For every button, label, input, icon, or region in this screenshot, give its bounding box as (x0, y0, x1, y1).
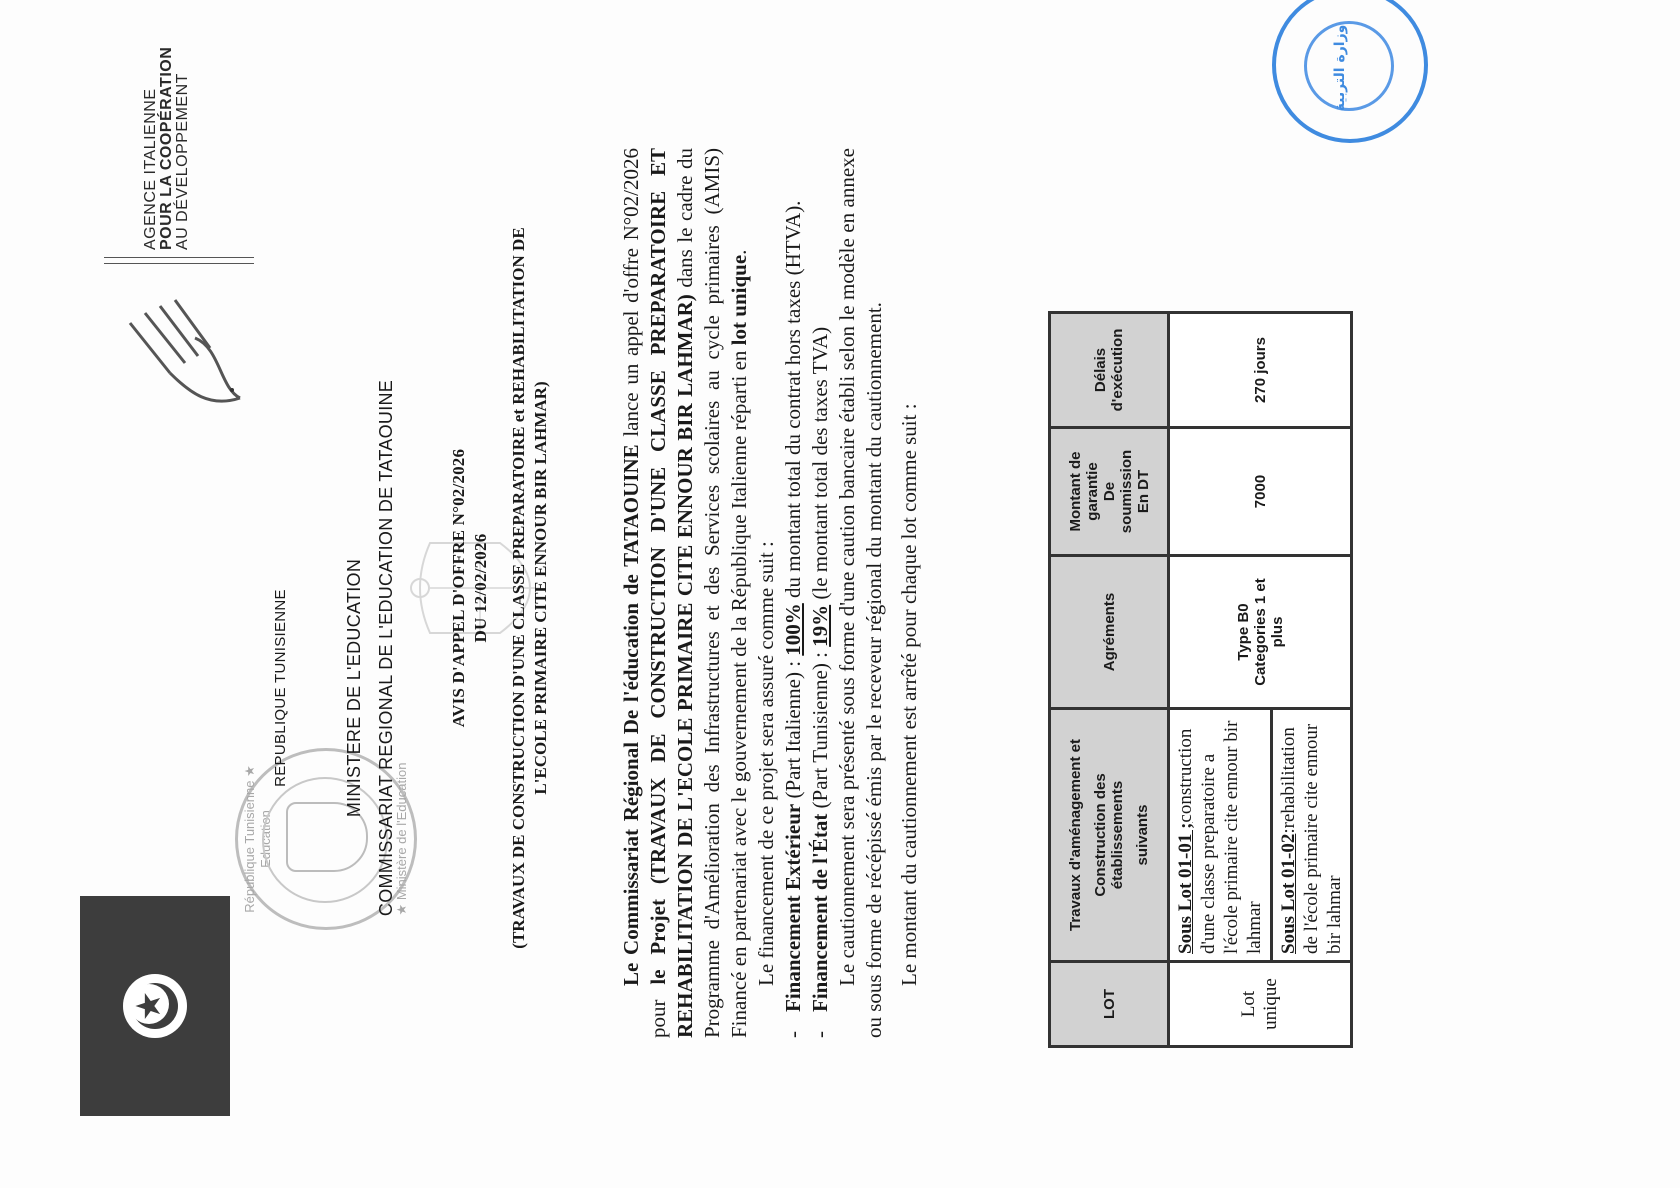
agency-line-2: POUR LA COOPÉRATION (160, 47, 174, 250)
tender-date: DU 12/02/2026 (470, 348, 492, 828)
financing-state: -Financement de l'État (Part Tunisienne)… (807, 148, 834, 1038)
cell-agrements: Type B0 Categories 1 et plus (1169, 556, 1352, 709)
project-title: (TRAVAUX DE CONSTRUCTION D'UNE CLASSE PR… (508, 188, 552, 988)
agency-line-3: AU DÉVELOPPEMENT (176, 73, 190, 250)
lots-table: LOT Travaux d'aménagement et Constructio… (1048, 311, 1353, 1048)
cell-works: Sous Lot 01-01 ;construction d'une class… (1169, 709, 1352, 962)
financing-external: -Financement Extérieur (Part Italienne) … (780, 148, 807, 1038)
tender-number: AVIS D'APPEL D'OFFRE N°02/2026 (448, 348, 470, 828)
sub-lot-01-02: Sous Lot 01-02:rehabilitation de l'école… (1270, 710, 1350, 960)
official-stamp-icon: وزارة التربية (1272, 0, 1422, 143)
ministry-heading: MINISTERE DE L'EDUCATION (344, 488, 365, 888)
cell-delais: 270 jours (1169, 313, 1352, 428)
tunisian-flag-icon: ★ (80, 896, 230, 1116)
notice-body: Le Commissariat Régional De l'éducation … (618, 148, 923, 1038)
header-delais: Délais d'exécution (1050, 313, 1169, 428)
financing-intro: Le financement de ce projet sera assuré … (753, 148, 780, 1038)
header-works: Travaux d'aménagement et Construction de… (1050, 709, 1169, 962)
republic-heading: REPUBLIQUE TUNISIENNE (272, 508, 289, 868)
agency-line-1: AGENCE ITALIENNE (144, 88, 158, 250)
dove-icon (100, 288, 250, 418)
header-lot: LOT (1050, 962, 1169, 1047)
cell-montant: 7000 (1169, 428, 1352, 556)
intro-paragraph: Le Commissariat Régional De l'éducation … (618, 148, 753, 1038)
caution-paragraph: Le cautionnement sera présenté sous form… (834, 148, 888, 1038)
document-page: ★ République Tunisienne ★ Education ★ Mi… (0, 0, 1680, 1188)
agency-logo: AGENCE ITALIENNE POUR LA COOPÉRATION AU … (80, 48, 250, 468)
sub-lot-01-01: Sous Lot 01-01 ;construction d'une class… (1170, 710, 1270, 960)
table-header-row: LOT Travaux d'aménagement et Constructio… (1050, 313, 1169, 1047)
commissariat-heading: COMMISSARIAT REGIONAL DE L'EDUCATION DE … (376, 288, 397, 1008)
cell-lot: Lot unique (1169, 962, 1352, 1047)
tender-notice-title: AVIS D'APPEL D'OFFRE N°02/2026 DU 12/02/… (448, 348, 492, 828)
header-montant: Montant de garantie De soumission En DT (1050, 428, 1169, 556)
caution-intro: Le montant du cautionnement est arrêté p… (896, 148, 923, 1038)
header-agrements: Agréments (1050, 556, 1169, 709)
stamp-text: وزارة التربية (1332, 3, 1348, 133)
table-row: Lot unique Sous Lot 01-01 ;construction … (1169, 313, 1352, 1047)
